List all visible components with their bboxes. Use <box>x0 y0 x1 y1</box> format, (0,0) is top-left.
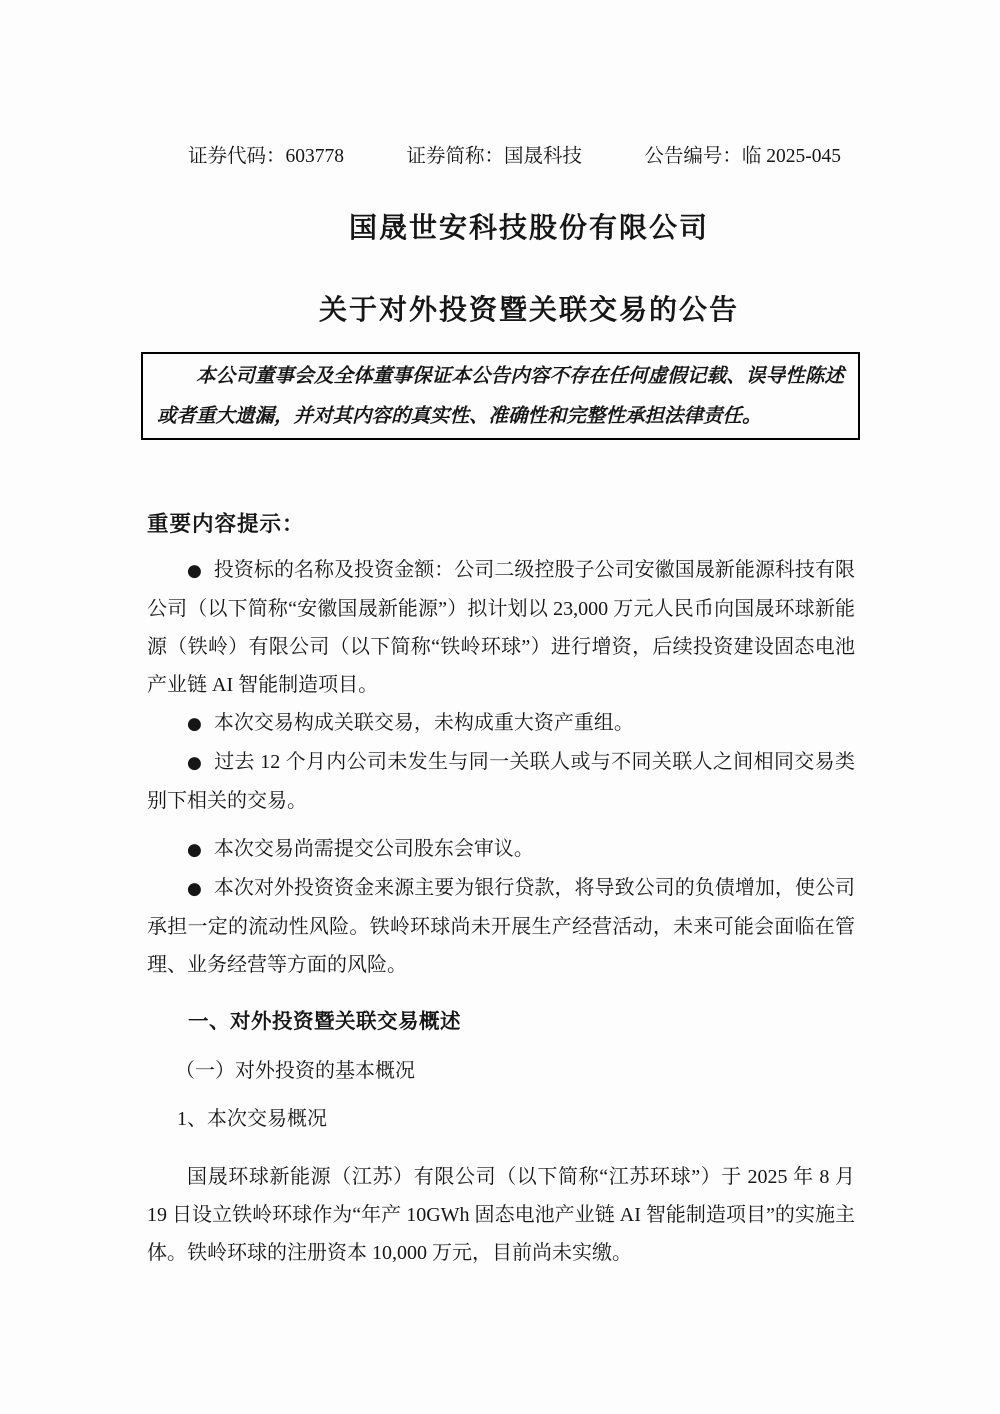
clause-1-heading: 1、本次交易概况 <box>147 1100 855 1138</box>
bullet-icon: ● <box>187 879 202 899</box>
company-title: 国晟世安科技股份有限公司 <box>147 211 855 247</box>
subsection-1-heading: （一）对外投资的基本概况 <box>147 1052 855 1090</box>
notice-bullet-4: ●本次交易尚需提交公司股东会审议。 <box>147 830 855 869</box>
stock-abbr: 证券简称：国晟科技 <box>406 143 582 171</box>
notice-bullet-3-text: 过去 12 个月内公司未发生与同一关联人或与不同关联人之间相同交易类别下相关的交… <box>147 751 855 812</box>
notice-bullet-5-text: 本次对外投资资金来源主要为银行贷款，将导致公司的负债增加，使公司承担一定的流动性… <box>147 877 855 976</box>
notice-bullet-1: ●投资标的名称及投资金额：公司二级控股子公司安徽国晟新能源科技有限公司（以下简称… <box>147 551 855 704</box>
declaration-text: 本公司董事会及全体董事保证本公告内容不存在任何虚假记载、误导性陈述或者重大遗漏，… <box>157 356 844 436</box>
clause-1-paragraph: 国晟环球新能源（江苏）有限公司（以下简称“江苏环球”）于 2025 年 8 月 … <box>147 1158 855 1272</box>
doc-header: 证券代码：603778 证券简称：国晟科技 公告编号：临 2025-045 <box>147 143 855 171</box>
notice-bullet-4-text: 本次交易尚需提交公司股东会审议。 <box>214 838 534 860</box>
notice-bullet-2-text: 本次交易构成关联交易，未构成重大资产重组。 <box>214 712 634 734</box>
bullet-icon: ● <box>187 840 202 860</box>
declaration-box: 本公司董事会及全体董事保证本公告内容不存在任何虚假记载、误导性陈述或者重大遗漏，… <box>141 352 860 440</box>
notice-bullet-5: ●本次对外投资资金来源主要为银行贷款，将导致公司的负债增加，使公司承担一定的流动… <box>147 869 855 984</box>
document-page: 证券代码：603778 证券简称：国晟科技 公告编号：临 2025-045 国晟… <box>0 0 1000 1414</box>
important-notice-heading: 重要内容提示： <box>147 505 855 543</box>
section-1-heading: 一、对外投资暨关联交易概述 <box>147 1003 855 1041</box>
announcement-title: 关于对外投资暨关联交易的公告 <box>147 293 855 329</box>
bullet-icon: ● <box>187 561 202 581</box>
bullet-icon: ● <box>187 714 202 734</box>
bullet-icon: ● <box>187 753 202 773</box>
announcement-number: 公告编号：临 2025-045 <box>644 143 841 171</box>
notice-bullet-1-text: 投资标的名称及投资金额：公司二级控股子公司安徽国晟新能源科技有限公司（以下简称“… <box>147 559 855 696</box>
notice-bullet-2: ●本次交易构成关联交易，未构成重大资产重组。 <box>147 704 855 743</box>
stock-code: 证券代码：603778 <box>188 143 344 171</box>
notice-bullet-3: ●过去 12 个月内公司未发生与同一关联人或与不同关联人之间相同交易类别下相关的… <box>147 743 855 820</box>
